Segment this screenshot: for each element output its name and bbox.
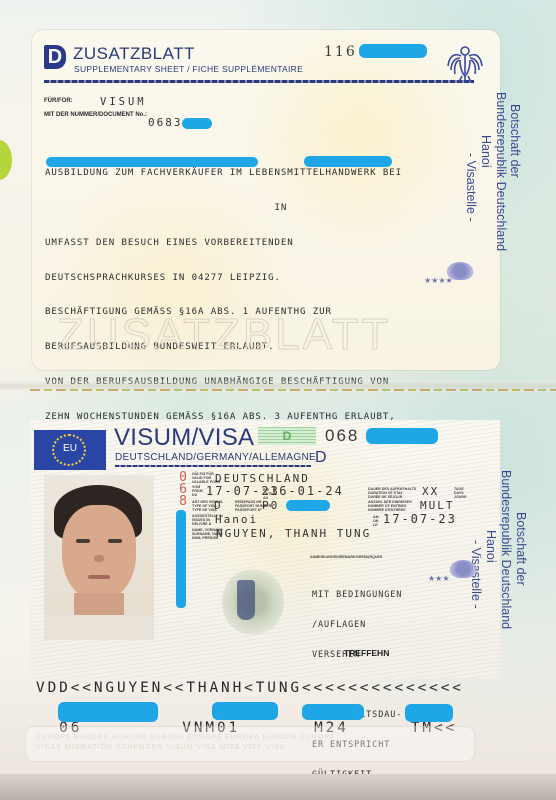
document-number-label: MIT DER NUMMER/DOCUMENT No.: (44, 112, 147, 118)
federal-eagle-icon (447, 42, 483, 84)
visa-number: 068 (325, 426, 359, 446)
page-bottom-edge (0, 774, 556, 800)
mrz-line-1: VDD<<NGUYEN<<THANH<TUNG<<<<<<<<<<<<<< (36, 680, 464, 696)
issued-on-value: 17-07-23 (383, 512, 457, 526)
sheet-title: ZUSATZBLATT (73, 44, 195, 64)
redaction-mark (302, 704, 364, 720)
visa-sticker: EU VISUM/VISA DEUTSCHLAND/GERMANY/ALLEMA… (30, 420, 500, 678)
remark-line: AUSBILDUNG ZUM FACHVERKÄUFER IM LEBENSMI… (45, 168, 480, 180)
embassy-stamp-line: Hanoi (479, 135, 493, 168)
remark-line: DEUTSCHSPRACHKURSES IN 04277 LEIPZIG. (45, 273, 480, 285)
visa-type-value: D (214, 499, 223, 512)
for-label: FÜR/FOR: (44, 98, 73, 104)
visa-title: VISUM/VISA (114, 424, 254, 452)
embassy-stamp-line: Bundesrepublik Deutschland (499, 470, 513, 629)
binding-thread (30, 389, 556, 391)
holder-photo (44, 475, 154, 640)
redaction-mark (212, 702, 278, 720)
redaction-mark (359, 44, 427, 58)
duration-value: XX (422, 485, 439, 498)
sheet-watermark: ZUSATZBLATT (57, 310, 392, 360)
duration-label: DAUER DES AUFENTHALTS DURATION OF STAY D… (368, 487, 416, 500)
eu-flag-icon: EU (34, 430, 106, 470)
vertical-visa-number: 0 6 8 (177, 472, 189, 508)
entries-value: MULT (420, 499, 455, 512)
from-label: VOM FROM DU (192, 485, 203, 498)
embassy-stamp-line: Botschaft der (514, 512, 528, 586)
microprint-line (115, 465, 311, 467)
officer-signature: TREFFEHN (344, 648, 389, 658)
supplementary-sheet: D ZUSATZBLATT SUPPLEMENTARY SHEET / FICH… (32, 30, 500, 370)
document-number-value: 0683 (148, 116, 183, 129)
embassy-stamp-line: - Visastelle - (464, 153, 478, 222)
for-value: VISUM (100, 96, 147, 108)
seal-emblem-icon (237, 580, 255, 620)
redaction-mark (58, 702, 158, 722)
passport-value: P0 (262, 499, 279, 512)
holder-name: NGUYEN, THANH TUNG (216, 527, 371, 540)
eu-label: EU (34, 443, 106, 454)
entries-label: ANZAHL DER EINREISEN NUMBER OF ENTRIES N… (368, 500, 412, 513)
redaction-mark (46, 157, 258, 167)
visa-subtitle: DEUTSCHLAND/GERMANY/ALLEMAGNE (115, 452, 316, 463)
bear-emblem-icon (450, 560, 476, 578)
embassy-stamp-line: Botschaft der (508, 104, 522, 178)
remark-line: /AUFLAGEN (312, 620, 402, 630)
redaction-mark (286, 500, 330, 511)
embassy-stamp-line: Hanoi (484, 530, 498, 563)
redaction-mark (405, 704, 453, 722)
stamp-stars-icon: ★★★★ (424, 276, 453, 285)
redaction-mark (182, 118, 212, 129)
footer-microtext: EUROPA EUROPE EUROPA EUROPA EUROPA EUROP… (26, 727, 474, 761)
days-label: TAGE DAYS JOURS (454, 487, 466, 500)
redaction-mark (304, 156, 392, 167)
remarks-label: ANMERKUNGEN/REMARKS/REMARQUES (310, 555, 382, 559)
sheet-subtitle: SUPPLEMENTARY SHEET / FICHE SUPPLÉMENTAI… (74, 64, 303, 74)
d-logo-icon: D (44, 45, 66, 69)
remark-line: MIT BEDINGUNGEN (312, 590, 402, 600)
until-value: 16-01-24 (270, 484, 344, 498)
embassy-stamp-line: Bundesrepublik Deutschland (494, 92, 508, 251)
redaction-mark (176, 510, 186, 608)
issued-in-value: Hanoi (215, 513, 258, 526)
sheet-number: 116 (324, 44, 357, 60)
redaction-mark (366, 428, 438, 444)
remark-line: UMFASST DEN BESUCH EINES VORBEREITENDEN (45, 238, 480, 250)
microprint-line (44, 80, 474, 83)
hologram-icon: D (258, 427, 316, 445)
issued-on-label: AM ON LE (373, 515, 379, 528)
country-code: D (315, 449, 327, 467)
remark-line: IN (45, 203, 480, 215)
stamp-stars-icon: ★★★ (428, 574, 450, 583)
